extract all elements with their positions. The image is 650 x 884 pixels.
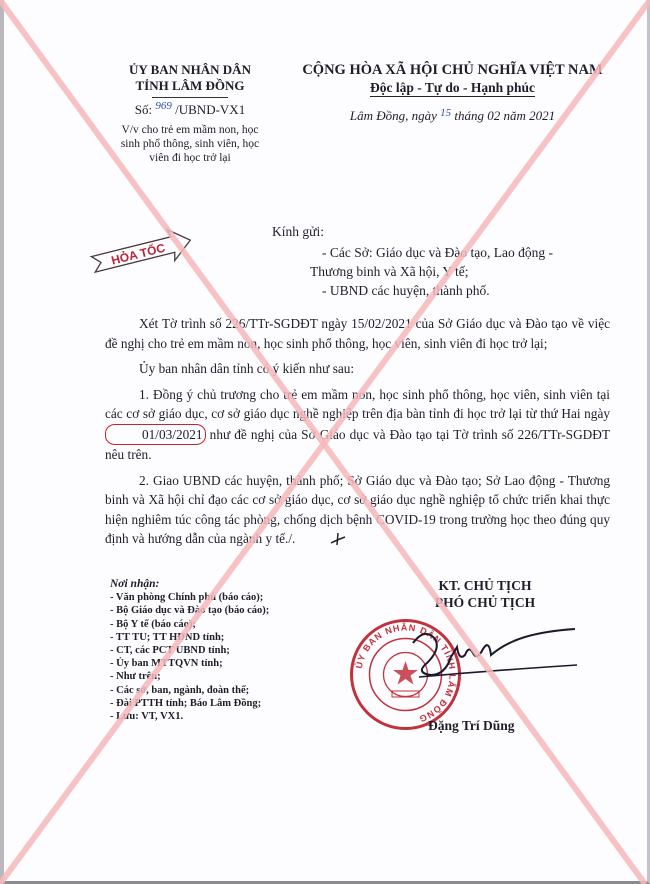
urgent-stamp: HỎA TỐC (88, 228, 198, 278)
circled-date: 01/03/2021 (105, 424, 206, 446)
national-header: CỘNG HÒA XÃ HỘI CHỦ NGHĨA VIỆT NAM Độc l… (285, 62, 620, 126)
addressee-list: - Các Sở: Giáo dục và Đào tạo, Lao động … (322, 243, 612, 300)
signer-name: Đặng Trí Dũng (428, 718, 515, 734)
national-motto: Độc lập - Tự do - Hạnh phúc (370, 79, 535, 97)
handwritten-day: 15 (440, 107, 451, 119)
document-body: Xét Tờ trình số 226/TTr-SGDĐT ngày 15/02… (105, 314, 610, 555)
body-paragraph-4: 2. Giao UBND các huyện, thành phố; Sở Gi… (105, 471, 610, 549)
recipient-item: - TT TU; TT HĐND tỉnh; (110, 631, 269, 644)
recipient-item: - Lưu: VT, VX1. (110, 710, 269, 723)
recipient-item: - CT, các PCT UBND tỉnh; (110, 644, 269, 657)
recipient-item: - Văn phòng Chính phủ (báo cáo); (110, 591, 269, 604)
signature (405, 625, 580, 690)
document-subject: V/v cho trẻ em mầm non, học sinh phổ thô… (100, 123, 280, 165)
issuer-underline (152, 97, 228, 98)
recipient-item: - Như trên; (110, 670, 269, 683)
issuer-line1: ỦY BAN NHÂN DÂN (100, 62, 280, 78)
issuer-block: ỦY BAN NHÂN DÂN TỈNH LÂM ĐỒNG Số: 969 /U… (100, 62, 280, 165)
recipient-item: - Bộ Giáo dục và Đào tạo (báo cáo); (110, 604, 269, 617)
addressee-line: Thương binh và Xã hội, Y tế; (310, 262, 612, 281)
handwritten-number: 969 (155, 100, 172, 112)
body-paragraph-2: Ủy ban nhân dân tỉnh có ý kiến như sau: (105, 359, 610, 379)
issuer-line2: TỈNH LÂM ĐỒNG (100, 78, 280, 94)
addressee-label: Kính gửi: (272, 224, 324, 240)
urgent-stamp-label: HỎA TỐC (110, 240, 167, 268)
recipient-item: - Các sở, ban, ngành, đoàn thể; (110, 684, 269, 697)
body-paragraph-1: Xét Tờ trình số 226/TTr-SGDĐT ngày 15/02… (105, 314, 610, 353)
recipient-item: - Bộ Y tế (báo cáo); (110, 618, 269, 631)
initial-mark-icon (295, 532, 313, 546)
recipients-block: Nơi nhận: - Văn phòng Chính phủ (báo cáo… (110, 578, 269, 723)
national-title: CỘNG HÒA XÃ HỘI CHỦ NGHĨA VIỆT NAM (285, 62, 620, 79)
recipient-item: - Đài PTTH tỉnh; Báo Lâm Đồng; (110, 697, 269, 710)
recipients-title: Nơi nhận: (110, 578, 269, 591)
addressee-line: - Các Sở: Giáo dục và Đào tạo, Lao động … (322, 243, 612, 262)
place-date: Lâm Đồng, ngày 15 tháng 02 năm 2021 (285, 107, 620, 126)
signer-title: KT. CHỦ TỊCH PHÓ CHỦ TỊCH (410, 577, 560, 611)
body-paragraph-3: 1. Đồng ý chủ trương cho trẻ em mầm non,… (105, 385, 610, 465)
addressee-line: - UBND các huyện, thành phố. (322, 281, 612, 300)
document-number: Số: 969 /UBND-VX1 (100, 102, 280, 119)
recipient-item: - Ủy ban MTTQVN tỉnh; (110, 657, 269, 670)
